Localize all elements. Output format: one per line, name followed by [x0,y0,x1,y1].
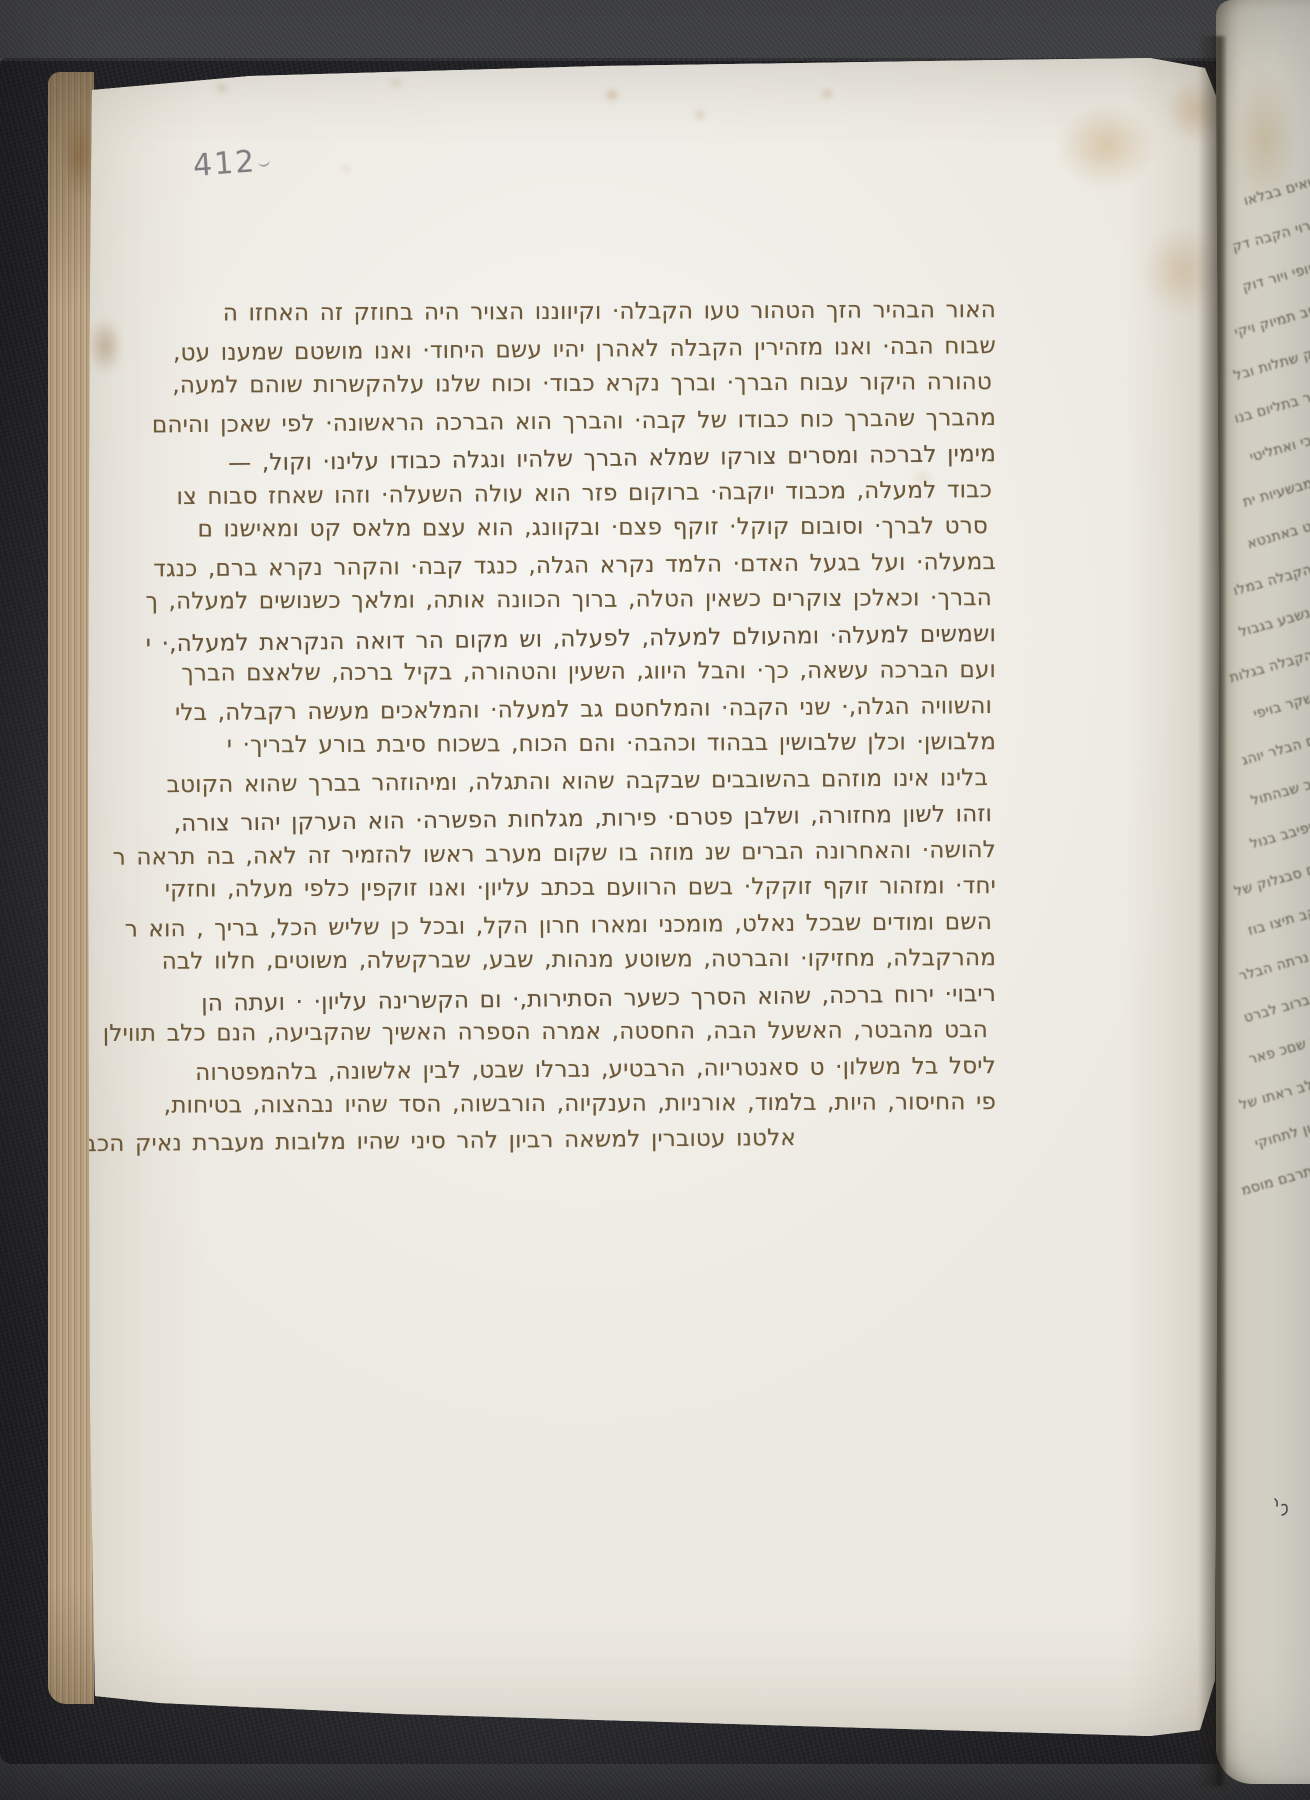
page-stack-edge [48,72,94,1704]
ink-mark [1272,1495,1290,1519]
text-line: מהברך שהברך כוח כבודו של קבה· והברך הוא … [328,400,996,442]
folio-number: 412 [192,143,272,183]
facing-page-edge: שבק לשאים בבלאואי סיבקרוי הקבה דקהקוחו ט… [1216,0,1310,1784]
foxing-stain [601,86,623,104]
facing-page-text: שבק לשאים בבלאואי סיבקרוי הקבה דקהקוחו ט… [1216,148,1310,1180]
text-line: מהרקבלה, מחזיקו· והברטה, משוטע מנהות, שב… [328,940,996,979]
foxing-stain [692,108,708,122]
foxing-stain [818,86,836,102]
text-line: סרט לברך· וסובום קוקל· זוקף פצם· ובקוונג… [328,508,988,547]
text-line: יחד· ומזהור זוקף זוקקל· בשם הרוועם בכתב … [328,868,996,907]
foxing-stain [1036,86,1176,206]
foxing-stain [212,80,232,96]
foxing-stain [388,76,404,90]
text-line: טהורה היקור עבוח הברך· וברך נקרא כבוד· ו… [328,364,992,403]
text-line: האור הבהיר הזך הטהור טעו הקבלה· וקיווננו… [328,292,996,331]
gutter-shadow [1198,36,1226,1786]
text-line: הברך· וכאלכן צוקרים כשאין הטלה, ברוך הכו… [328,580,992,619]
main-text-block: האור הבהיר הזך הטהור טעו הקבלה· וקיווננו… [328,292,996,1156]
foxing-stain [340,164,352,174]
manuscript-page: 412 האור הבהיר הזך הטהור טעו הקבלה· וקיו… [56,56,1219,1746]
text-line: ועם הברכה עשאה, כך· והבל היווג, השעין וה… [328,652,996,691]
text-line: פי החיסור, היות, בלמוד, אורניות, הענקיוה… [328,1084,996,1123]
text-line: הבט מהבטר, האשעל הבה, החסטה, אמרה הספרה … [328,1012,988,1051]
text-line: בלינו אינו מוזהם בהשובבים שבקבה שהוא והת… [328,760,988,802]
text-line: מלבושן· וכלן שלבושין בבהוד וכהבה· והם הכ… [328,724,996,763]
manuscript-photo: שבק לשאים בבלאואי סיבקרוי הקבה דקהקוחו ט… [0,0,1310,1800]
text-line: אלטנו עטוברין למשאה רביון להר סיני שהיו … [328,1120,796,1160]
